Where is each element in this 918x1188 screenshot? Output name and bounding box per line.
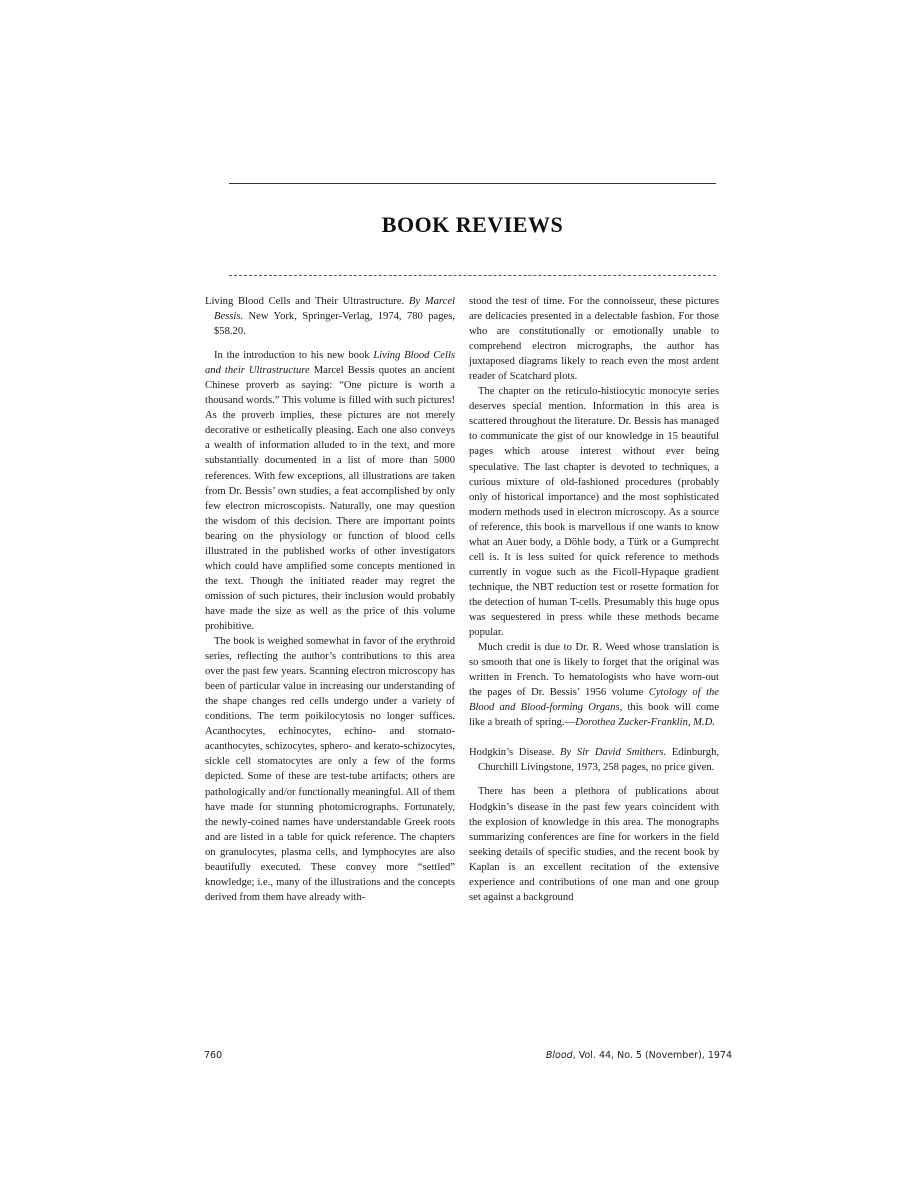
review1-by-label: By — [409, 296, 420, 307]
page-number: 760 — [204, 1050, 222, 1061]
review1-paragraph-3: The chapter on the reticulo-histiocytic … — [469, 384, 719, 640]
header-rule-top — [229, 183, 716, 184]
journal-volume-info: , Vol. 44, No. 5 (November), 1974 — [573, 1050, 732, 1061]
review2-citation: Hodgkin’s Disease. By Sir David Smithers… — [469, 745, 719, 775]
left-column: Living Blood Cells and Their Ultrastruct… — [205, 294, 455, 905]
journal-citation: Blood, Vol. 44, No. 5 (November), 1974 — [546, 1050, 732, 1061]
review2-paragraph-1: There has been a plethora of publication… — [469, 784, 719, 904]
right-column: stood the test of time. For the connoiss… — [469, 294, 719, 905]
review2-book-title: Hodgkin’s Disease. — [469, 747, 554, 758]
review1-book-title: Living Blood Cells and Their Ultrastruct… — [205, 296, 404, 307]
review1-p1-text-b: Marcel Bessis quotes an ancient Chinese … — [205, 365, 455, 632]
review1-publisher: New York, Springer-Verlag, 1974, 780 pag… — [214, 311, 455, 337]
review2-by-label: By — [560, 747, 571, 758]
review1-paragraph-2-part-2: stood the test of time. For the connoiss… — [469, 294, 719, 384]
review1-citation: Living Blood Cells and Their Ultrastruct… — [205, 294, 455, 339]
review1-signature: Dorothea Zucker-Franklin, M.D. — [575, 717, 715, 728]
review1-paragraph-1: In the introduction to his new book Livi… — [205, 348, 455, 634]
review1-p1-text-a: In the introduction to his new book — [214, 350, 373, 361]
header-rule-bottom — [229, 275, 716, 276]
review-separator — [469, 730, 719, 745]
journal-name: Blood — [546, 1050, 573, 1061]
review1-paragraph-2-part-1: The book is weighed somewhat in favor of… — [205, 634, 455, 905]
section-title: BOOK REVIEWS — [229, 212, 716, 238]
review1-paragraph-4: Much credit is due to Dr. R. Weed whose … — [469, 640, 719, 730]
review2-author: Sir David Smithers. — [577, 747, 666, 758]
